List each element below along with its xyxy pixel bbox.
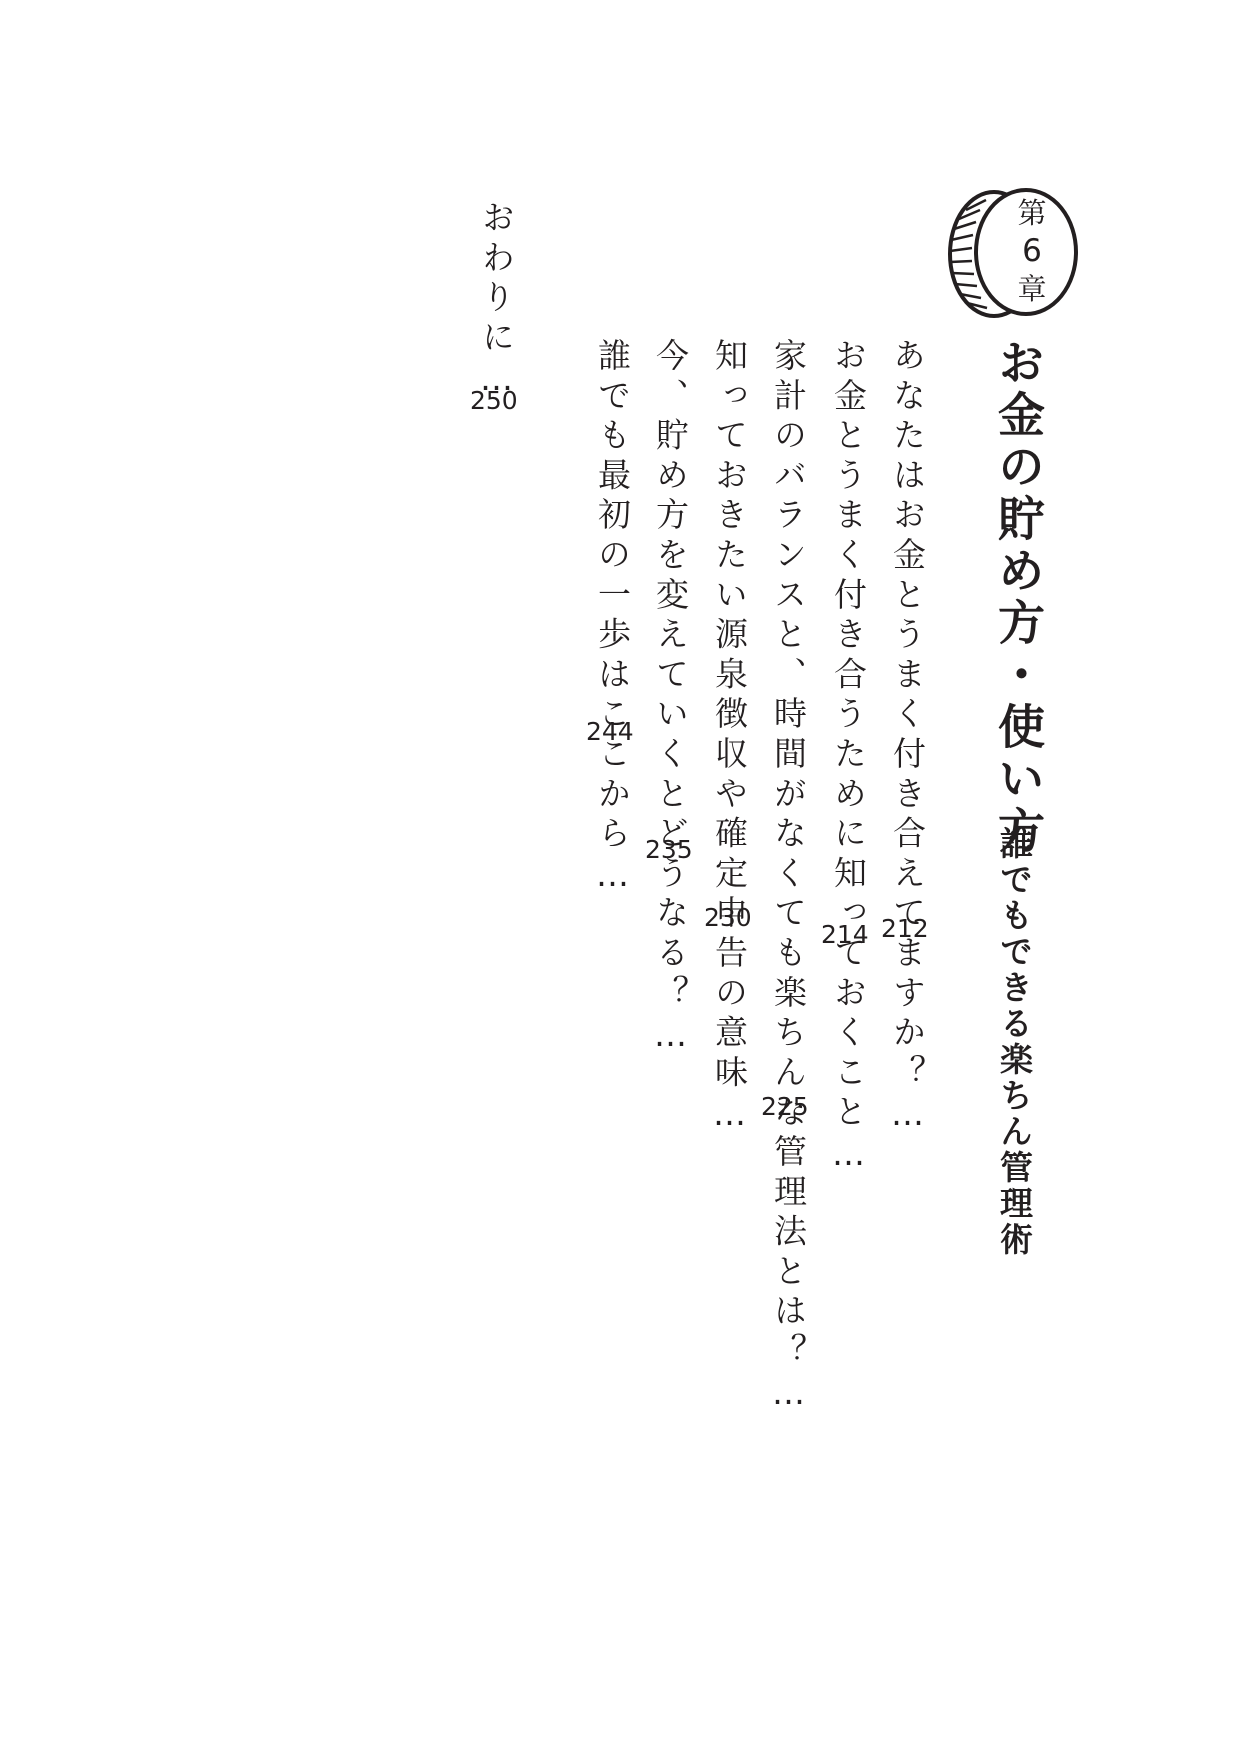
toc-entry-title: 誰でも最初の一歩はここから xyxy=(593,338,632,855)
leader-dots: … xyxy=(887,1094,927,1140)
chapter-badge: 第 6 章 xyxy=(942,186,1082,322)
toc-entry-page: 250 xyxy=(470,386,518,415)
chapter-suffix: 章 xyxy=(1017,272,1046,306)
toc-entry-page: 212 xyxy=(881,914,929,943)
toc-page: 第 6 章 お金の貯め方・使い方 誰でもできる楽ちん管理術 あなたはお金とうまく… xyxy=(0,0,1241,1755)
toc-entry-title: お金とうまく付き合うために知っておくこと xyxy=(829,338,868,1134)
chapter-number-label: 第 6 章 xyxy=(1012,196,1052,306)
leader-dots: … xyxy=(709,1094,749,1140)
toc-entry-page: 225 xyxy=(761,1092,809,1121)
leader-dots: … xyxy=(768,1373,808,1419)
leader-dots: … xyxy=(828,1134,868,1180)
toc-entry-title: 家計のバランスと、時間がなくても楽ちんな管理法とは？ xyxy=(769,338,808,1373)
chapter-number: 6 xyxy=(1022,234,1042,268)
toc-entry-page: 235 xyxy=(645,835,693,864)
toc-entry-title: おわりに xyxy=(477,200,516,359)
toc-entry-page: 214 xyxy=(821,920,869,949)
toc-entry-title: 知っておきたい源泉徴収や確定申告の意味 xyxy=(710,338,749,1094)
toc-entry-page: 230 xyxy=(704,903,752,932)
leader-dots: … xyxy=(650,1015,690,1061)
chapter-title: お金の貯め方・使い方 xyxy=(984,338,1051,858)
toc-entry-title: 今、貯め方を変えていくとどうなる？ xyxy=(651,338,690,1015)
chapter-prefix: 第 xyxy=(1017,196,1046,230)
chapter-subtitle: 誰でもできる楽ちん管理術 xyxy=(991,826,1038,1258)
toc-entry-title: あなたはお金とうまく付き合えてますか？ xyxy=(888,338,927,1094)
leader-dots: … xyxy=(592,855,632,901)
toc-entry-page: 244 xyxy=(586,717,634,746)
